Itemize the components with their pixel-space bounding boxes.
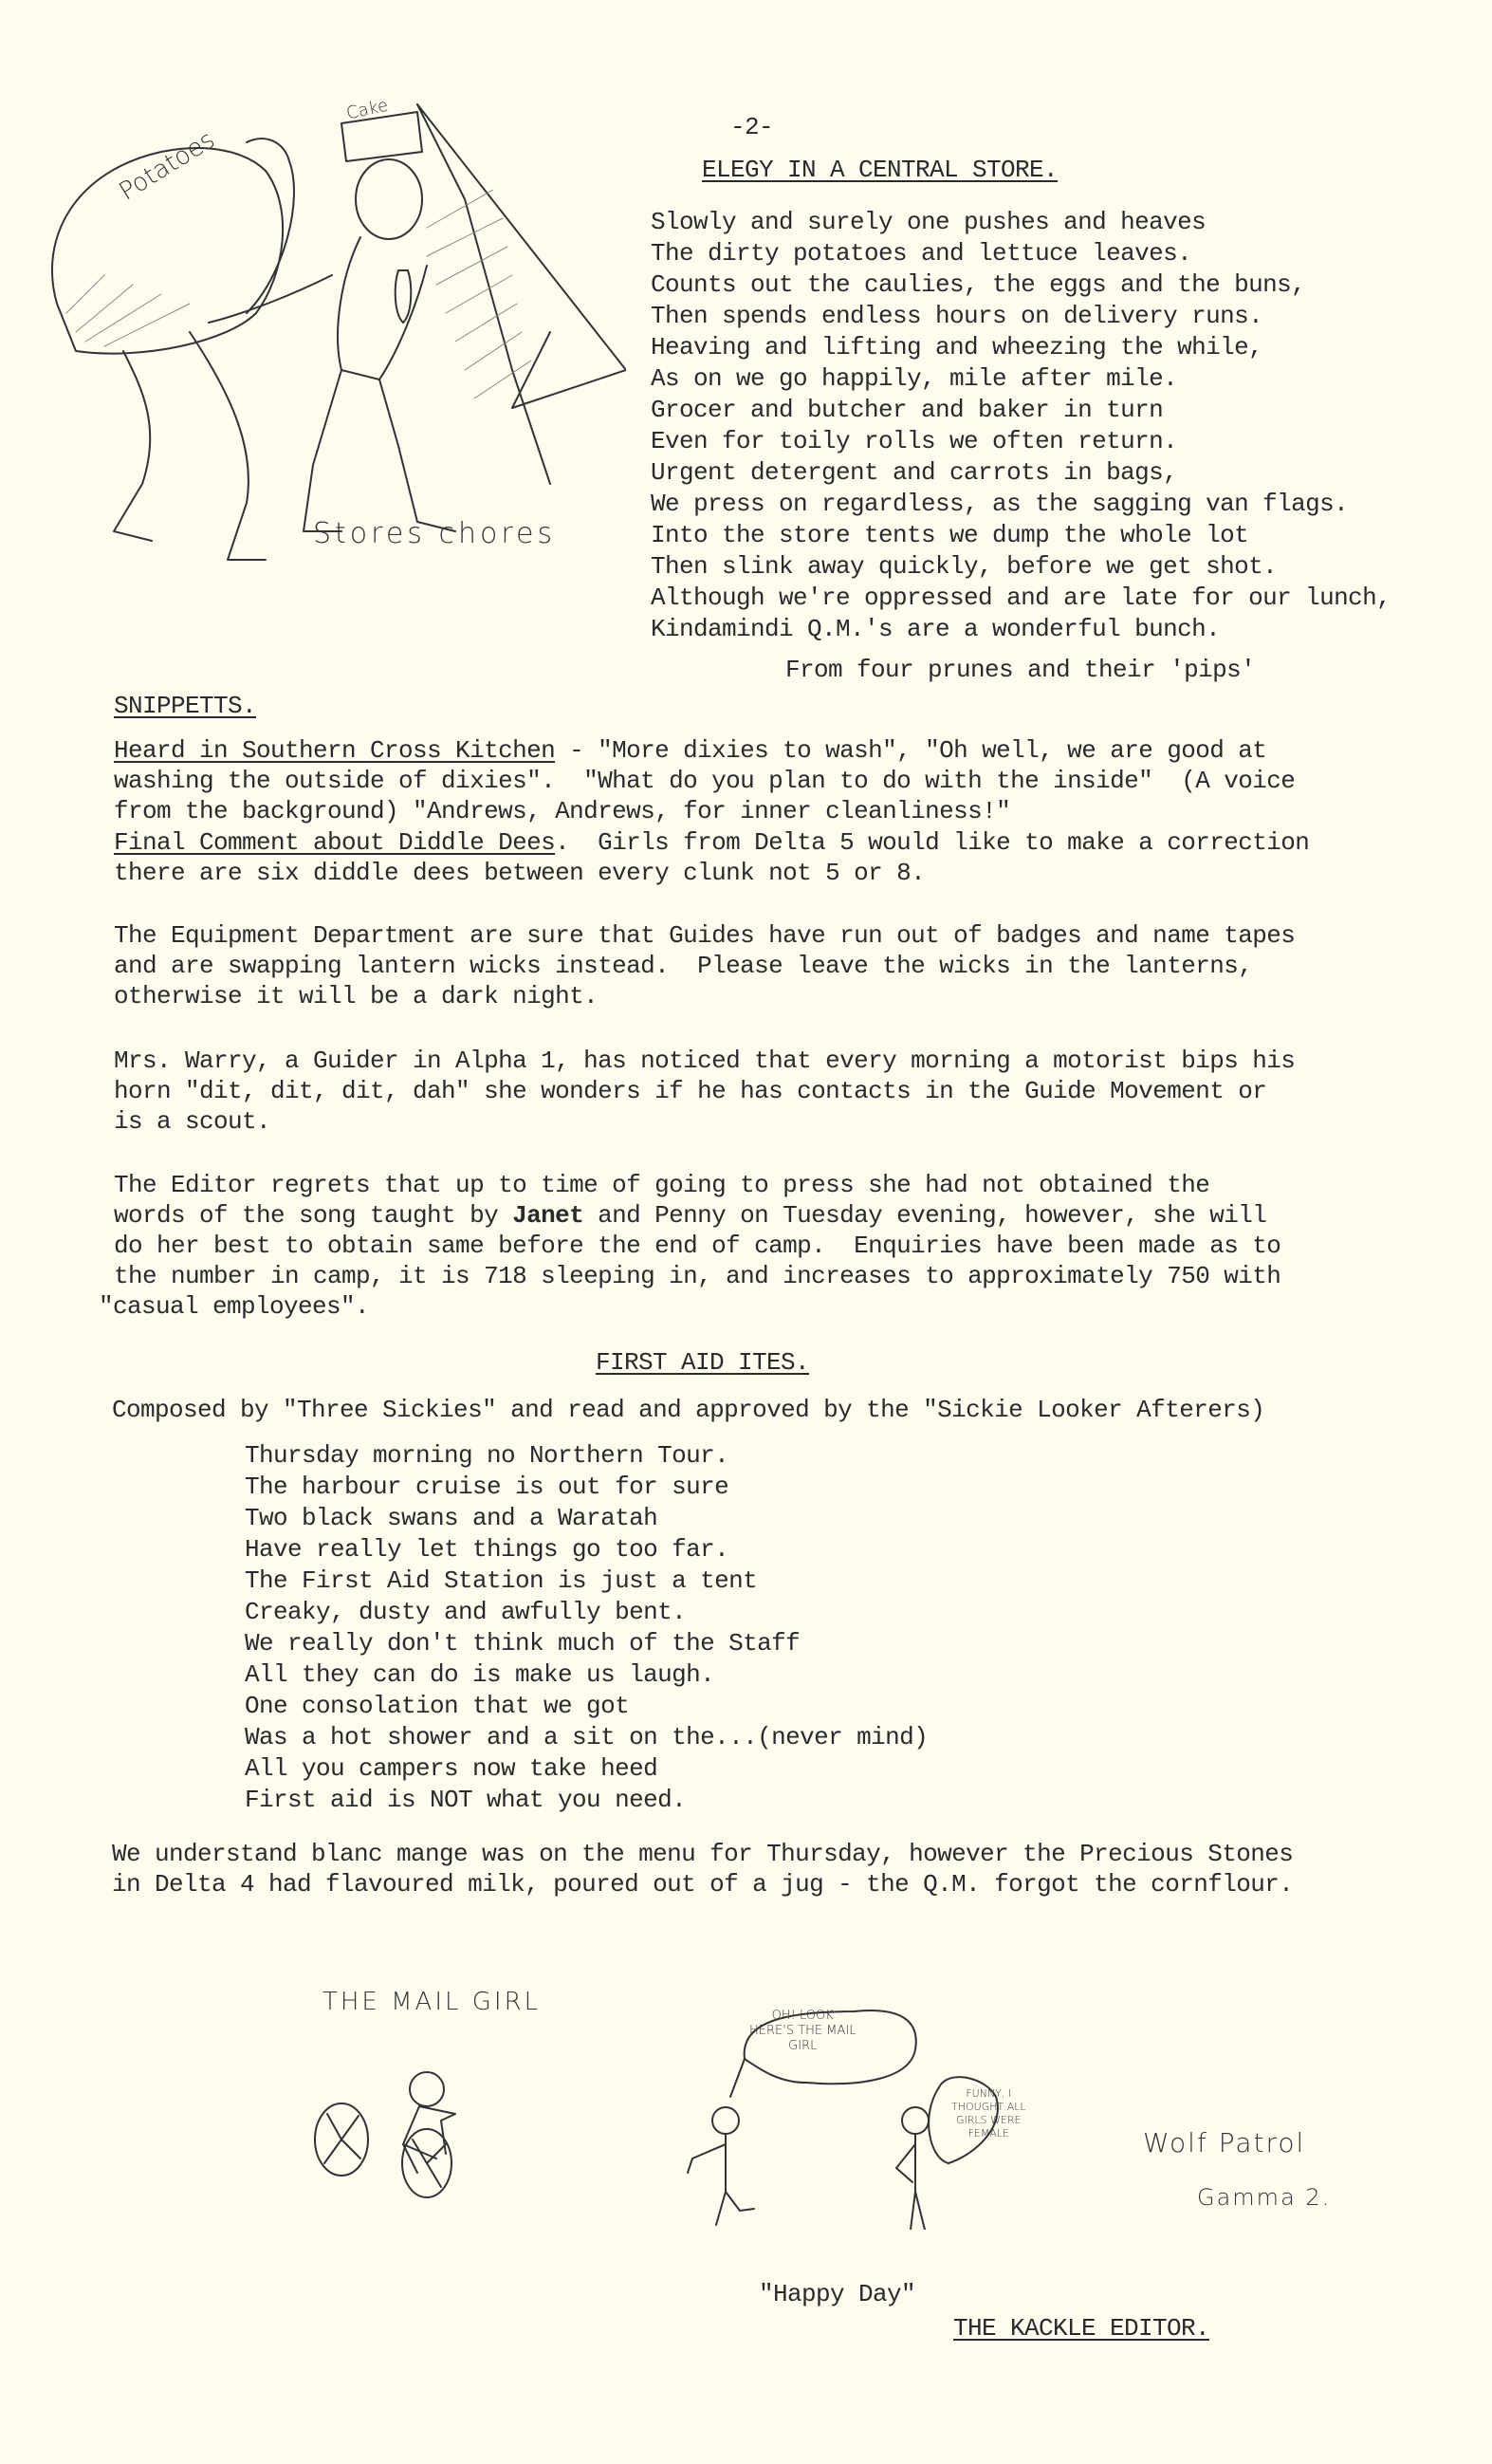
elegy-poem-line: Into the store tents we dump the whole l… — [651, 520, 1391, 551]
kitchen-snippet-text: - "More dixies to wash", "Oh well, we ar… — [555, 736, 1266, 765]
stores-chores-sketch — [19, 85, 626, 579]
editor-line-3: do her best to obtain same before the en… — [114, 1231, 1280, 1262]
first-aid-poem-line: All they can do is make us laugh. — [245, 1659, 928, 1691]
first-aid-poem-line: Two black swans and a Waratah — [245, 1503, 928, 1534]
stores-chores-caption: Stores chores — [313, 517, 556, 550]
kitchen-snippet-line-3: from the background) "Andrews, Andrews, … — [114, 796, 1010, 827]
speech-bubble-2-line-4: FEMALE — [951, 2127, 1026, 2140]
speech-bubble-2: FUNNY, I THOUGHT ALL GIRLS WERE FEMALE — [951, 2087, 1026, 2140]
first-aid-poem-line: The harbour cruise is out for sure — [245, 1472, 928, 1503]
editor-line-4: the number in camp, it is 718 sleeping i… — [114, 1261, 1280, 1292]
speech-bubble-2-line-2: THOUGHT ALL — [951, 2101, 1026, 2114]
elegy-poem-line: Urgent detergent and carrots in bags, — [651, 457, 1391, 489]
first-aid-byline: Composed by "Three Sickies" and read and… — [112, 1395, 1264, 1426]
happy-day-signoff: "Happy Day" — [759, 2279, 915, 2310]
diddle-snippet-line-1: Final Comment about Diddle Dees. Girls f… — [114, 827, 1309, 859]
elegy-poem-line: Kindamindi Q.M.'s are a wonderful bunch. — [651, 614, 1391, 645]
first-aid-poem-line: Creaky, dusty and awfully bent. — [245, 1597, 928, 1628]
snippetts-heading: SNIPPETTS. — [114, 691, 256, 722]
first-aid-poem-line: The First Aid Station is just a tent — [245, 1565, 928, 1597]
kackle-editor-signature: THE KACKLE EDITOR. — [953, 2313, 1209, 2344]
page-number: -2- — [730, 112, 773, 143]
first-aid-poem-line: One consolation that we got — [245, 1691, 928, 1722]
elegy-poem-line: Counts out the caulies, the eggs and the… — [651, 269, 1391, 301]
elegy-signature: From four prunes and their 'pips' — [785, 655, 1255, 686]
mail-girl-title: THE MAIL GIRL — [322, 1988, 541, 2016]
blanc-mange-line-1: We understand blanc mange was on the men… — [112, 1839, 1293, 1870]
first-aid-poem-line: First aid is NOT what you need. — [245, 1785, 928, 1816]
wolf-patrol-credit: Wolf Patrol — [1143, 2127, 1305, 2158]
elegy-poem-line: Slowly and surely one pushes and heaves — [651, 207, 1391, 238]
blanc-mange-line-2: in Delta 4 had flavoured milk, poured ou… — [112, 1869, 1293, 1900]
speech-bubble-1-line-2: HERE'S THE MAIL — [749, 2024, 856, 2039]
first-aid-poem-line: All you campers now take heed — [245, 1753, 928, 1785]
first-aid-poem-line: Thursday morning no Northern Tour. — [245, 1440, 928, 1472]
first-aid-poem-line: Have really let things go too far. — [245, 1534, 928, 1565]
speech-bubble-2-line-3: GIRLS WERE — [951, 2114, 1026, 2127]
elegy-title: ELEGY IN A CENTRAL STORE. — [702, 155, 1058, 186]
elegy-poem-line: Grocer and butcher and baker in turn — [651, 395, 1391, 426]
elegy-poem-line: Although we're oppressed and are late fo… — [651, 583, 1391, 614]
elegy-poem-line: Even for toily rolls we often return. — [651, 426, 1391, 457]
elegy-poem-line: The dirty potatoes and lettuce leaves. — [651, 238, 1391, 269]
diddle-snippet-line-2: there are six diddle dees between every … — [114, 858, 925, 889]
kitchen-snippet-lead: Heard in Southern Cross Kitchen — [114, 736, 555, 765]
warry-line-2: horn "dit, dit, dit, dah" she wonders if… — [114, 1076, 1266, 1107]
first-aid-poem: Thursday morning no Northern Tour.The ha… — [245, 1440, 928, 1816]
first-aid-poem-line: We really don't think much of the Staff — [245, 1628, 928, 1659]
editor-line-2-pre: words of the song taught by — [114, 1201, 512, 1230]
speech-bubble-1: OH! LOOK HERE'S THE MAIL GIRL — [749, 2009, 856, 2054]
warry-line-3: is a scout. — [114, 1106, 270, 1138]
speech-bubble-1-line-3: GIRL — [749, 2039, 856, 2054]
diddle-snippet-text: . Girls from Delta 5 would like to make … — [555, 828, 1309, 857]
warry-line-1: Mrs. Warry, a Guider in Alpha 1, has not… — [114, 1046, 1295, 1077]
editor-line-2: words of the song taught by Janet and Pe… — [114, 1200, 1266, 1232]
kitchen-snippet-line-2: washing the outside of dixies". "What do… — [114, 766, 1295, 797]
speech-bubble-1-line-1: OH! LOOK — [749, 2009, 856, 2024]
gamma-credit: Gamma 2. — [1197, 2184, 1331, 2211]
newsletter-page: -2- Potatoes Cake Stores chores ELEGY IN… — [0, 0, 1492, 2464]
elegy-poem-line: As on we go happily, mile after mile. — [651, 363, 1391, 395]
diddle-snippet-lead: Final Comment about Diddle Dees — [114, 828, 555, 857]
speech-bubble-2-line-1: FUNNY, I — [951, 2087, 1026, 2101]
elegy-poem-line: Then slink away quickly, before we get s… — [651, 551, 1391, 583]
editor-line-1: The Editor regrets that up to time of go… — [114, 1170, 1209, 1201]
equipment-line-2: and are swapping lantern wicks instead. … — [114, 951, 1252, 982]
equipment-line-3: otherwise it will be a dark night. — [114, 981, 598, 1012]
elegy-poem: Slowly and surely one pushes and heavesT… — [651, 207, 1391, 645]
elegy-poem-line: Heaving and lifting and wheezing the whi… — [651, 332, 1391, 363]
elegy-poem-line: We press on regardless, as the sagging v… — [651, 489, 1391, 520]
first-aid-title: FIRST AID ITES. — [596, 1347, 809, 1379]
editor-line-2-name: Janet — [512, 1201, 583, 1230]
editor-line-5: "casual employees". — [99, 1291, 369, 1323]
elegy-poem-line: Then spends endless hours on delivery ru… — [651, 301, 1391, 332]
kitchen-snippet-line-1: Heard in Southern Cross Kitchen - "More … — [114, 735, 1266, 767]
equipment-line-1: The Equipment Department are sure that G… — [114, 920, 1295, 952]
mail-girl-bicycle-sketch — [313, 2068, 493, 2211]
first-aid-poem-line: Was a hot shower and a sit on the...(nev… — [245, 1722, 928, 1753]
editor-line-2-post: and Penny on Tuesday evening, however, s… — [583, 1201, 1266, 1230]
